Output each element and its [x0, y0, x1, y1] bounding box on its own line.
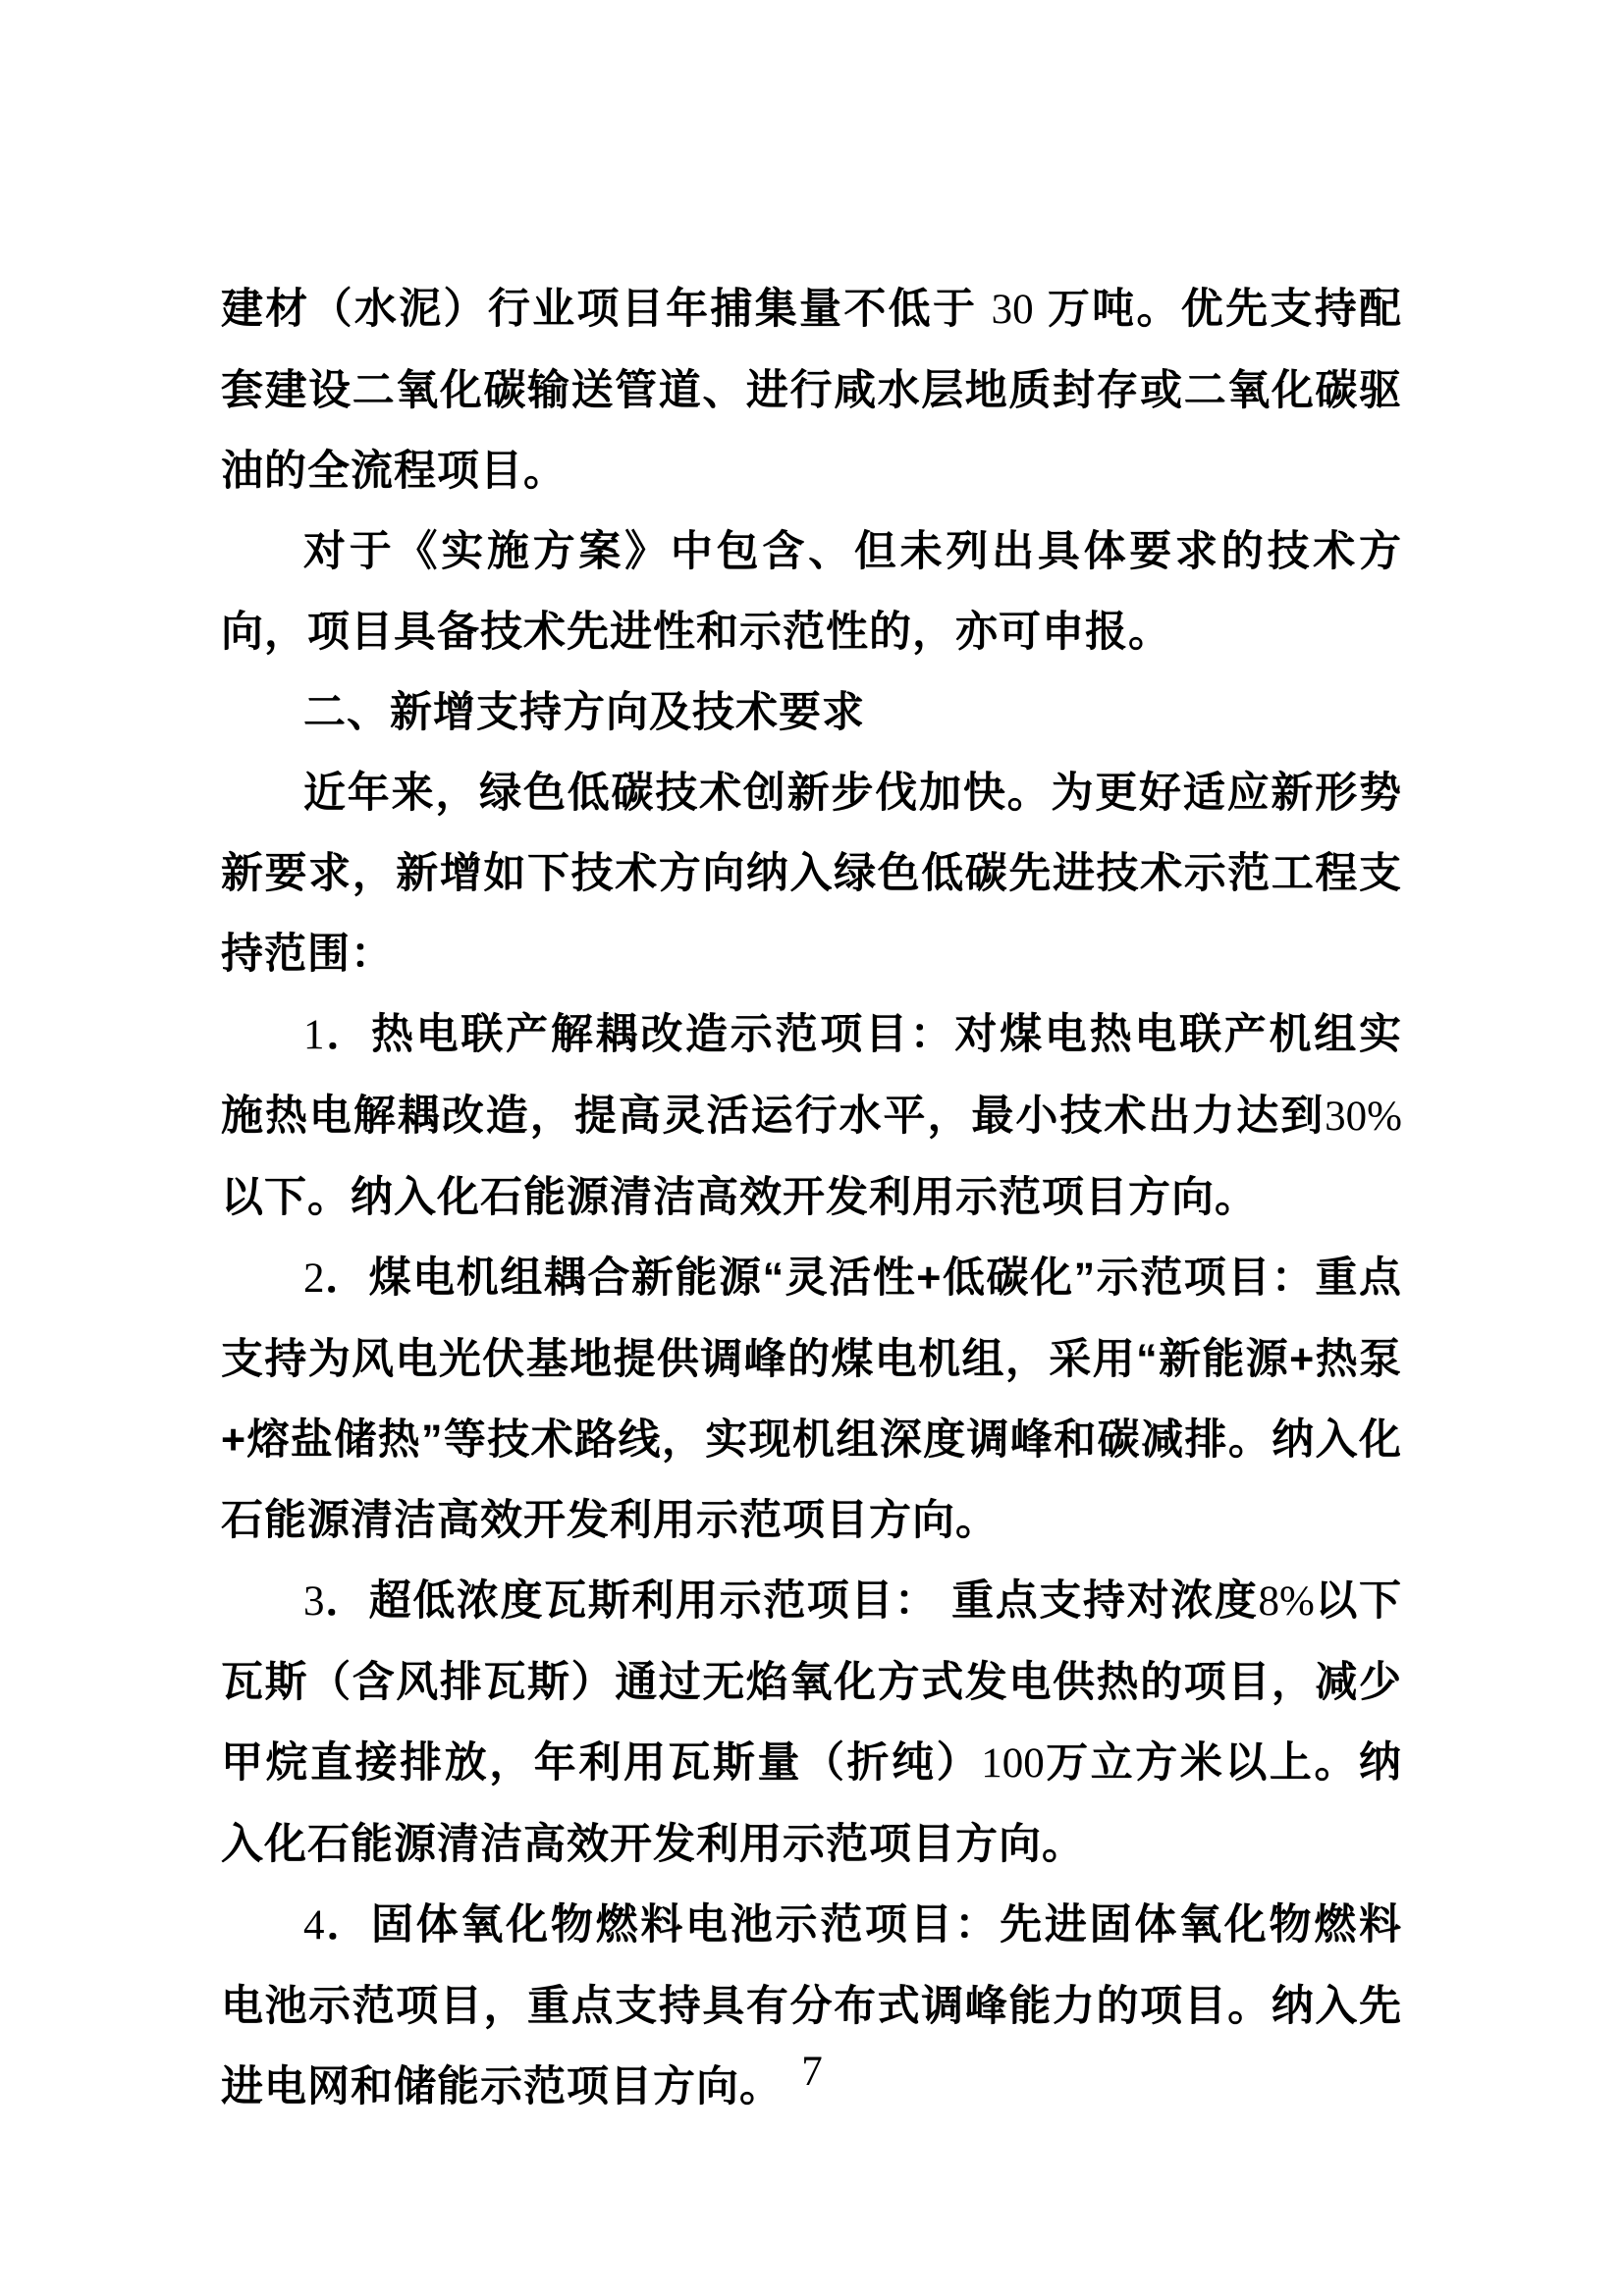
item-number: 1 — [303, 1012, 325, 1058]
paragraph-item-3-low-concentration-gas: 3．超低浓度瓦斯利用示范项目： 重点支持对浓度8%以下瓦斯（含风排瓦斯）通过无焰… — [221, 1561, 1402, 1885]
number-run: 30% — [1325, 1094, 1402, 1140]
text-run: ．热电联产解耦改造示范项目：对煤电热电联产机组实施热电解耦改造，提高灵活运行水平… — [221, 1011, 1402, 1140]
paragraph-other-directions: 对于《实施方案》中包含、但未列出具体要求的技术方向，项目具备技术先进性和示范性的… — [221, 511, 1402, 672]
item-number: 4 — [303, 1902, 325, 1949]
text-run: ．煤电机组耦合新能源“灵活性+低碳化”示范项目：重点支持为风电光伏基地提供调峰的… — [221, 1255, 1402, 1544]
number-run: 30 — [992, 287, 1034, 333]
document-body: 建材（水泥）行业项目年捕集量不低于 30 万吨。优先支持配套建设二氧化碳输送管道… — [221, 269, 1402, 2127]
number-run: 8% — [1258, 1578, 1314, 1625]
text-run: ．超低浓度瓦斯利用示范项目： 重点支持对浓度 — [325, 1577, 1259, 1625]
document-page: 建材（水泥）行业项目年捕集量不低于 30 万吨。优先支持配套建设二氧化碳输送管道… — [0, 0, 1624, 2296]
item-number: 3 — [303, 1578, 325, 1625]
paragraph-ccus-continuation: 建材（水泥）行业项目年捕集量不低于 30 万吨。优先支持配套建设二氧化碳输送管道… — [221, 269, 1402, 511]
paragraph-item-2-coal-power-coupling: 2．煤电机组耦合新能源“灵活性+低碳化”示范项目：重点支持为风电光伏基地提供调峰… — [221, 1238, 1402, 1561]
heading-text: 二、新增支持方向及技术要求 — [303, 689, 865, 736]
paragraph-item-1-chp-decoupling: 1．热电联产解耦改造示范项目：对煤电热电联产机组实施热电解耦改造，提高灵活运行水… — [221, 994, 1402, 1238]
section-heading: 二、新增支持方向及技术要求 — [221, 672, 1402, 753]
paragraph-section-intro: 近年来，绿色低碳技术创新步伐加快。为更好适应新形势新要求，新增如下技术方向纳入绿… — [221, 753, 1402, 994]
text-run: 对于《实施方案》中包含、但未列出具体要求的技术方向，项目具备技术先进性和示范性的… — [221, 528, 1402, 656]
item-number: 2 — [303, 1255, 325, 1302]
text-run: 建材（水泥）行业项目年捕集量不低于 — [221, 286, 992, 333]
text-run: 以下。纳入化石能源清洁高效开发利用示范项目方向。 — [221, 1174, 1258, 1221]
number-run: 100 — [981, 1740, 1045, 1787]
text-run: 近年来，绿色低碳技术创新步伐加快。为更好适应新形势新要求，新增如下技术方向纳入绿… — [221, 770, 1402, 978]
page-number: 7 — [0, 2050, 1624, 2095]
